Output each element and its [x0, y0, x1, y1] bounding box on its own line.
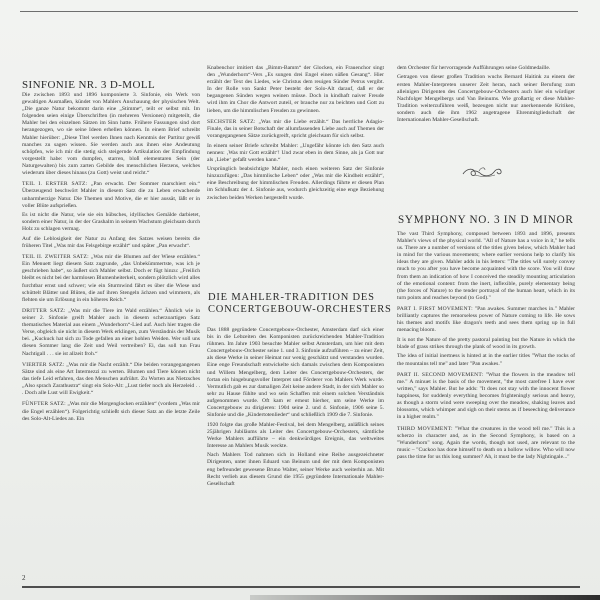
paragraph-text: „Was mir die Blumen auf der Wiese erzähl…: [22, 254, 200, 303]
german-column: Die zwischen 1893 und 1896 komponierte 3…: [22, 92, 200, 425]
paragraph: Knabenchor imitiert das „Bimm-Bamm“ der …: [207, 65, 384, 115]
paragraph: FÜNFTER SATZ: „Was mir die Morgenglocken…: [22, 401, 200, 422]
tradition-title: DIE MAHLER-TRADITION DES CONCERTGEBOUW-O…: [208, 292, 392, 316]
english-title: SYMPHONY NO. 3 IN D MINOR: [398, 214, 574, 226]
paragraph: Das 1888 gegründete Concertgebouw-Orches…: [207, 327, 384, 419]
paragraph-text: Ursprünglich beabsichtigte Mahler, noch …: [207, 166, 384, 200]
tradition-title-line2: CONCERTGEBOUW-ORCHESTERS: [208, 304, 392, 315]
paragraph-text: Getragen von dieser großen Tradition wuc…: [397, 74, 575, 123]
tradition-title-line1: DIE MAHLER-TRADITION DES: [208, 292, 375, 303]
paragraph: Nach Mahlers Tod nahmen sich in Holland …: [207, 452, 384, 487]
paragraph-text: Auf die Leblosigkeit der Natur zu Anfang…: [22, 236, 200, 249]
german-continuation-column: Knabenchor imitiert das „Bimm-Bamm“ der …: [207, 65, 384, 204]
paragraph: The idea of initial inertness is hinted …: [397, 353, 575, 367]
paragraph-text: In einem seiner Briefe schreibt Mahler: …: [207, 143, 384, 163]
paragraph: Es ist nicht die Natur, wie sie ein hübs…: [22, 212, 200, 233]
paragraph: 1920 folgte das große Mahler-Festival, b…: [207, 422, 384, 450]
flourish-ornament-icon: [461, 165, 503, 179]
paragraph-text: The idea of initial inertness is hinted …: [397, 353, 575, 366]
paragraph: TEIL I. ERSTER SATZ: „Pan erwacht. Der S…: [22, 181, 200, 209]
page-number: 2: [22, 574, 26, 582]
paragraph: Getragen von dieser großen Tradition wuc…: [397, 74, 575, 124]
paragraph: TEIL II. ZWEITER SATZ: „Was mir die Blum…: [22, 254, 200, 304]
paragraph: THIRD MOVEMENT: "What the creatures in t…: [397, 426, 575, 461]
paragraph-text: "What the flowers in the meadow tell me.…: [397, 372, 575, 421]
top-rule: [20, 11, 578, 12]
section-lead: THIRD MOVEMENT:: [397, 426, 453, 432]
section-lead: TEIL II. ZWEITER SATZ:: [22, 254, 89, 260]
paragraph: Die zwischen 1893 und 1896 komponierte 3…: [22, 92, 200, 177]
tradition-column: Das 1888 gegründete Concertgebouw-Orches…: [207, 327, 384, 490]
paragraph: dem Orchester für hervorragende Aufführu…: [397, 65, 575, 72]
paragraph-text: The vast Third Symphony, composed betwee…: [397, 231, 575, 301]
paragraph: SECHSTER SATZ: „Was mir die Liebe erzähl…: [207, 119, 384, 140]
paragraph-text: „Was mir die Tiere im Wald erzählen.“ Äh…: [22, 308, 200, 357]
paragraph: Auf die Leblosigkeit der Natur zu Anfang…: [22, 236, 200, 250]
paragraph: PART I. FIRST MOVEMENT: "Pan awakes. Sum…: [397, 306, 575, 334]
english-column: The vast Third Symphony, composed betwee…: [397, 231, 575, 464]
paragraph-text: Nach Mahlers Tod nahmen sich in Holland …: [207, 452, 384, 486]
page-edge-shadow: [250, 595, 600, 600]
paragraph: DRITTER SATZ: „Was mir die Tiere im Wald…: [22, 308, 200, 358]
paragraph-text: dem Orchester für hervorragende Aufführu…: [397, 65, 550, 71]
section-lead: PART I. FIRST MOVEMENT:: [397, 306, 473, 312]
paragraph: The vast Third Symphony, composed betwee…: [397, 231, 575, 302]
paragraph-text: Es ist nicht die Natur, wie sie ein hübs…: [22, 212, 200, 232]
paragraph-text: Die zwischen 1893 und 1896 komponierte 3…: [22, 92, 200, 176]
section-lead: SECHSTER SATZ:: [207, 119, 256, 125]
bottom-rule: [22, 586, 580, 588]
booklet-page: SINFONIE NR. 3 D-MOLL Die zwischen 1893 …: [0, 0, 600, 600]
section-lead: DRITTER SATZ:: [22, 308, 66, 314]
paragraph-text: It is not the Nature of the pretty pasto…: [397, 337, 575, 350]
paragraph-text: Knabenchor imitiert das „Bimm-Bamm“ der …: [207, 65, 384, 114]
paragraph-text: Das 1888 gegründete Concertgebouw-Orches…: [207, 327, 384, 418]
paragraph: It is not the Nature of the pretty pasto…: [397, 337, 575, 351]
tradition-continuation-column: dem Orchester für hervorragende Aufführu…: [397, 65, 575, 127]
section-lead: PART II. SECOND MOVEMENT:: [397, 372, 483, 378]
paragraph: VIERTER SATZ: „Was mir die Nacht erzählt…: [22, 362, 200, 397]
german-title: SINFONIE NR. 3 D-MOLL: [22, 79, 155, 91]
paragraph: Ursprünglich beabsichtigte Mahler, noch …: [207, 166, 384, 201]
section-lead: TEIL I. ERSTER SATZ:: [22, 181, 87, 187]
paragraph: In einem seiner Briefe schreibt Mahler: …: [207, 143, 384, 164]
section-lead: VIERTER SATZ:: [22, 362, 65, 368]
paragraph: PART II. SECOND MOVEMENT: "What the flow…: [397, 372, 575, 422]
section-lead: FÜNFTER SATZ:: [22, 401, 66, 407]
paragraph-text: 1920 folgte das große Mahler-Festival, b…: [207, 422, 384, 449]
